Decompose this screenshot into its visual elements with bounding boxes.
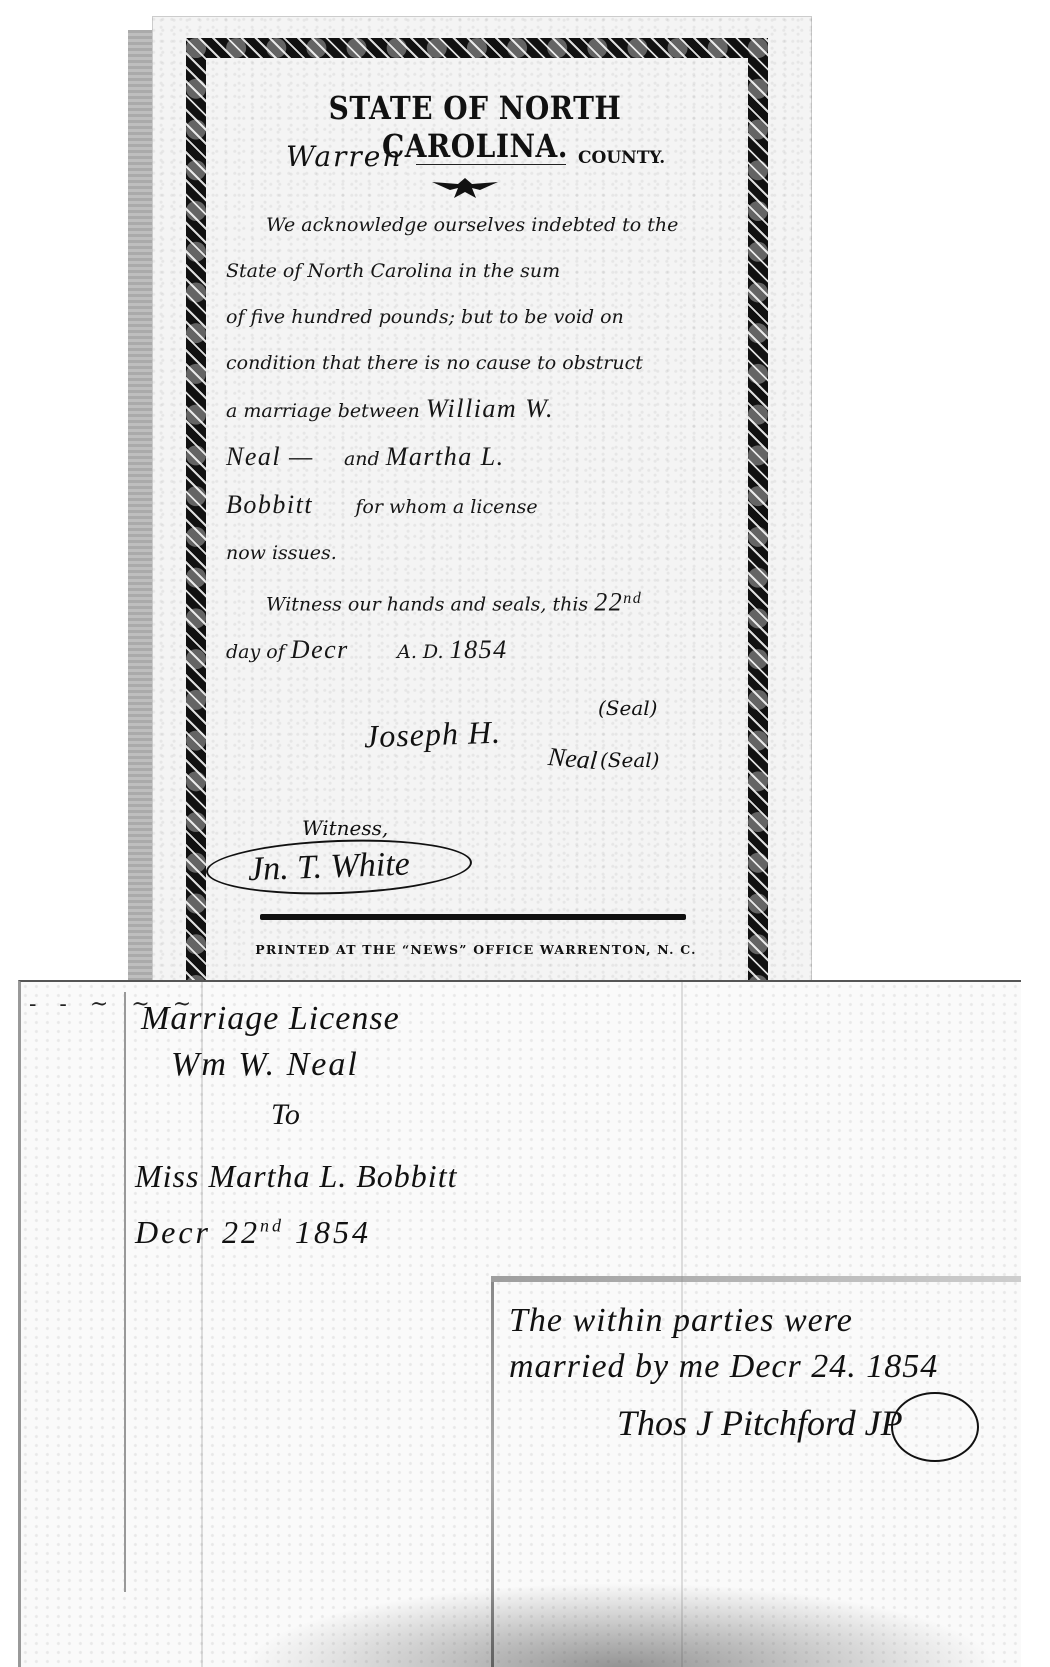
eagle-icon xyxy=(430,172,500,202)
bond-line-5: a marriage between William W. xyxy=(226,386,726,434)
ad-label: A. D. xyxy=(397,641,443,663)
bond-line-1: We acknowledge ourselves indebted to the xyxy=(226,202,726,248)
certificate-line-2: married by me Decr 24. 1854 xyxy=(509,1348,938,1386)
printer-imprint: PRINTED AT THE “NEWS” OFFICE WARRENTON, … xyxy=(226,942,726,957)
bond-line-4: condition that there is no cause to obst… xyxy=(226,340,726,386)
license-label: for whom a license xyxy=(355,496,537,518)
groom-first-name: William W. xyxy=(426,394,554,423)
bond-body: We acknowledge ourselves indebted to the… xyxy=(226,202,726,675)
license-endorsement-page: - - ~ ~ ~ Marriage License Wm W. Neal To… xyxy=(18,980,1021,1667)
day-suffix: nd xyxy=(623,590,642,607)
endorsement-date-year: 1854 xyxy=(295,1214,371,1250)
marriage-between-label: a marriage between xyxy=(226,400,420,422)
county-handwritten: Warren xyxy=(286,140,402,173)
endorsement-date: Decr 22nd 1854 xyxy=(135,1214,371,1251)
fold-crease-horizontal xyxy=(491,1276,1021,1282)
jp-flourish xyxy=(891,1392,979,1462)
endorsement-date-day: Decr 22 xyxy=(135,1214,260,1250)
signature-rule xyxy=(260,914,686,920)
signer-signature: Joseph H. xyxy=(363,714,501,756)
day-handwritten: 22 xyxy=(594,587,623,616)
groom-last-name: Neal — xyxy=(226,442,314,471)
margin-line xyxy=(124,992,126,1592)
bond-line-2: State of North Carolina in the sum xyxy=(226,248,726,294)
certificate-line-1: The within parties were xyxy=(509,1302,853,1340)
endorsement-to: To xyxy=(271,1098,300,1132)
bond-line-3: of five hundred pounds; but to be void o… xyxy=(226,294,726,340)
day-of-label: day of xyxy=(226,641,285,663)
county-blank-line xyxy=(416,164,566,165)
date-line: day of Decr A. D. 1854 xyxy=(226,627,726,675)
bond-content: STATE OF NORTH CAROLINA. Warren COUNTY. … xyxy=(226,76,728,1016)
bride-last-name: Bobbitt xyxy=(226,490,313,519)
bond-line-8: now issues. xyxy=(226,530,726,576)
witness-label: Witness, xyxy=(302,816,388,840)
bride-first-name: Martha L. xyxy=(386,442,505,471)
ink-smudge xyxy=(241,1582,1001,1667)
marriage-bond-sheet: STATE OF NORTH CAROLINA. Warren COUNTY. … xyxy=(152,16,812,1036)
bond-line-7: Bobbitt for whom a license xyxy=(226,482,726,530)
seal-label-1: (Seal) xyxy=(598,696,657,720)
and-label: and xyxy=(344,448,380,470)
endorsement-bride: Miss Martha L. Bobbitt xyxy=(135,1158,457,1195)
year: 1854 xyxy=(450,635,508,664)
bond-line-6: Neal — and Martha L. xyxy=(226,434,726,482)
signer-last-name: Neal xyxy=(547,742,599,776)
seal-label-2: (Seal) xyxy=(600,748,659,772)
endorsement-date-suffix: nd xyxy=(260,1215,284,1235)
witness-line: Witness our hands and seals, this 22nd xyxy=(226,576,726,627)
month-handwritten: Decr xyxy=(291,635,349,664)
witness-hands-label: Witness our hands and seals, this xyxy=(266,593,588,615)
endorsement-title: Marriage License xyxy=(141,1000,400,1038)
county-label: COUNTY. xyxy=(578,148,665,168)
officiant-name: Thos J Pitchford xyxy=(617,1403,856,1443)
officiant-signature: Thos J Pitchford JP xyxy=(617,1402,903,1444)
endorsement-groom: Wm W. Neal xyxy=(171,1046,359,1084)
witness-signature: Jn. T. White xyxy=(205,835,473,898)
